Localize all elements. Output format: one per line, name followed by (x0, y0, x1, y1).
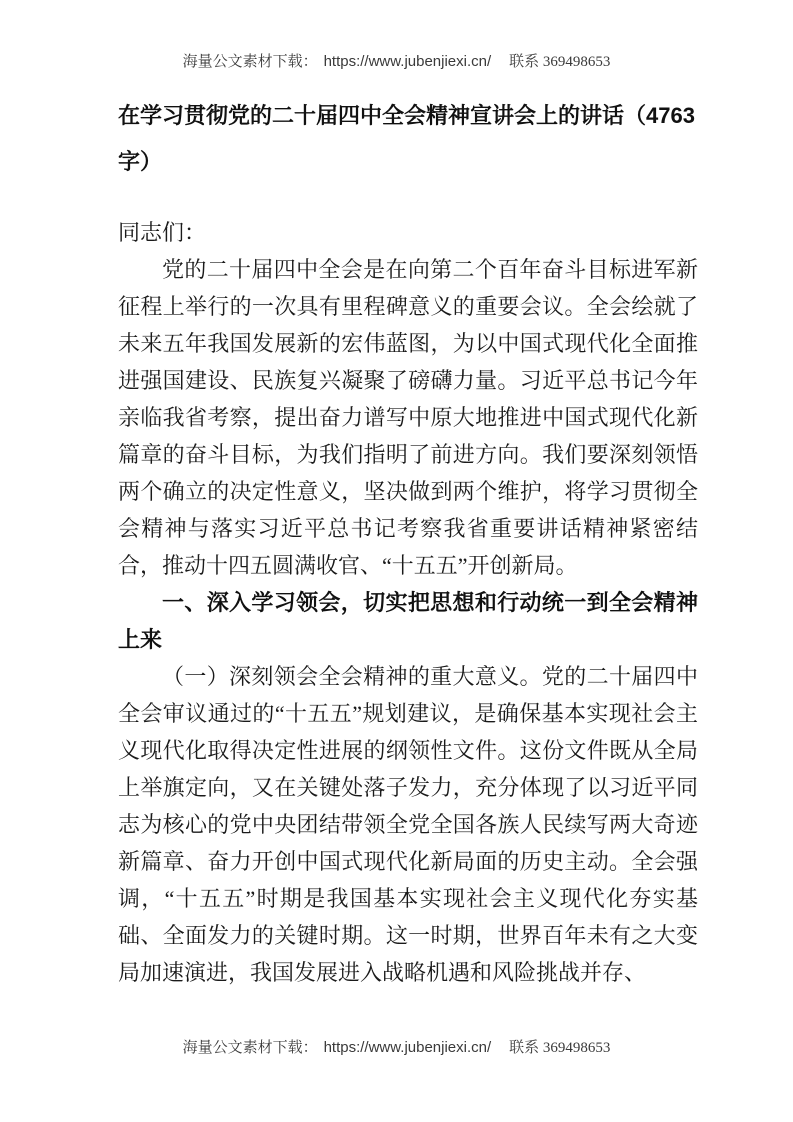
paragraph-heading: 一、深入学习领会，切实把思想和行动统一到全会精神上来 (118, 584, 698, 658)
paragraph-body: （一）深刻领会全会精神的重大意义。党的二十届四中全会审议通过的“十五五”规划建议… (118, 658, 698, 991)
paragraph-body: 党的二十届四中全会是在向第二个百年奋斗目标进军新征程上举行的一次具有里程碑意义的… (118, 251, 698, 584)
footer-url-link[interactable]: https://www.jubenjiexi.cn/ (324, 1039, 492, 1056)
document-page: 海量公文素材下载：https://www.jubenjiexi.cn/联系 36… (0, 0, 793, 1122)
header-download-label: 海量公文素材下载： (183, 54, 318, 70)
paragraph-salutation: 同志们： (118, 214, 698, 251)
header-url-link[interactable]: https://www.jubenjiexi.cn/ (324, 53, 492, 70)
document-title: 在学习贯彻党的二十届四中全会精神宣讲会上的讲话（4763字） (118, 93, 698, 185)
document-body: 同志们：党的二十届四中全会是在向第二个百年奋斗目标进军新征程上举行的一次具有里程… (118, 214, 698, 991)
page-header: 海量公文素材下载：https://www.jubenjiexi.cn/联系 36… (0, 52, 793, 72)
footer-download-label: 海量公文素材下载： (183, 1040, 318, 1056)
header-contact: 联系 369498653 (509, 54, 610, 70)
page-footer: 海量公文素材下载：https://www.jubenjiexi.cn/联系 36… (0, 1038, 793, 1058)
footer-contact: 联系 369498653 (509, 1040, 610, 1056)
